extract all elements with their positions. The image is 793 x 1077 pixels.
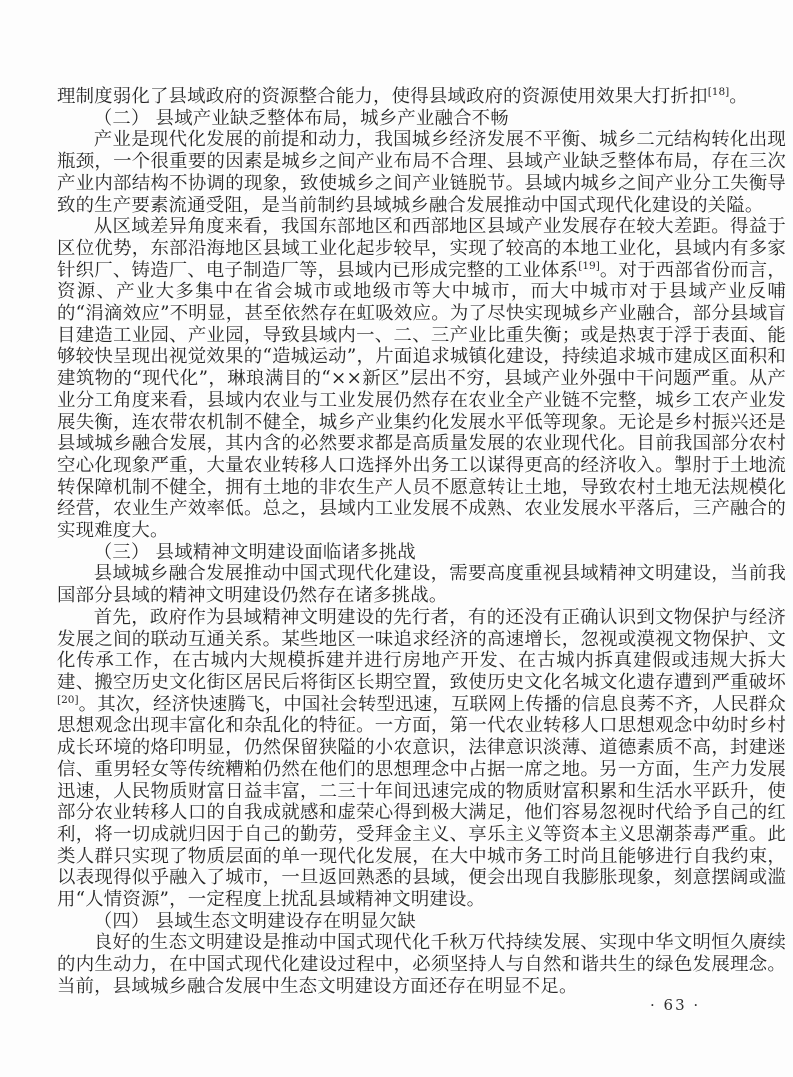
spirit-paragraph-2-text-end: 。其次，经济快速腾飞，中国社会转型迅速，互联网上传播的信息良莠不齐，人民群众思想…	[57, 694, 786, 910]
industry-paragraph-2: 从区域差异角度来看，我国东部地区和西部地区县域产业发展存在较大差距。得益于区位优…	[57, 216, 786, 542]
citation-ref-19: [19]	[578, 260, 600, 272]
continuation-paragraph: 理制度弱化了县域政府的资源整合能力，使得县域政府的资源使用效果大打折扣[18]。	[57, 86, 786, 108]
spirit-paragraph-2-text: 首先，政府作为县域精神文明建设的先行者，有的还没有正确认识到文物保护与经济发展之…	[57, 607, 786, 693]
citation-ref-18: [18]	[708, 86, 730, 98]
section-heading-4: （四） 县域生态文明建设存在明显欠缺	[57, 911, 786, 933]
continuation-text-end: 。	[729, 86, 748, 107]
page-number: · 63 ·	[650, 996, 700, 1014]
spirit-paragraph-2: 首先，政府作为县域精神文明建设的先行者，有的还没有正确认识到文物保护与经济发展之…	[57, 607, 786, 911]
eco-paragraph-1: 良好的生态文明建设是推动中国式现代化千秋万代持续发展、实现中华文明恒久赓续的内生…	[57, 932, 786, 997]
journal-page: 理制度弱化了县域政府的资源整合能力，使得县域政府的资源使用效果大打折扣[18]。…	[0, 0, 793, 1077]
citation-ref-20: [20]	[57, 694, 79, 706]
continuation-text: 理制度弱化了县域政府的资源整合能力，使得县域政府的资源使用效果大打折扣	[57, 86, 708, 107]
section-heading-2: （二） 县域产业缺乏整体布局，城乡产业融合不畅	[57, 108, 786, 130]
article-body: 理制度弱化了县域政府的资源整合能力，使得县域政府的资源使用效果大打折扣[18]。…	[57, 86, 786, 998]
industry-paragraph-1: 产业是现代化发展的前提和动力，我国城乡经济发展不平衡、城乡二元结构转化出现瓶颈，…	[57, 129, 786, 216]
spirit-paragraph-1: 县域城乡融合发展推动中国式现代化建设，需要高度重视县域精神文明建设，当前我国部分…	[57, 563, 786, 606]
section-heading-3: （三） 县域精神文明建设面临诸多挑战	[57, 542, 786, 564]
industry-paragraph-2-text-end: 。对于西部省份而言，资源、产业大多集中在省会城市或地级市等大中城市，而大中城市对…	[57, 260, 786, 541]
